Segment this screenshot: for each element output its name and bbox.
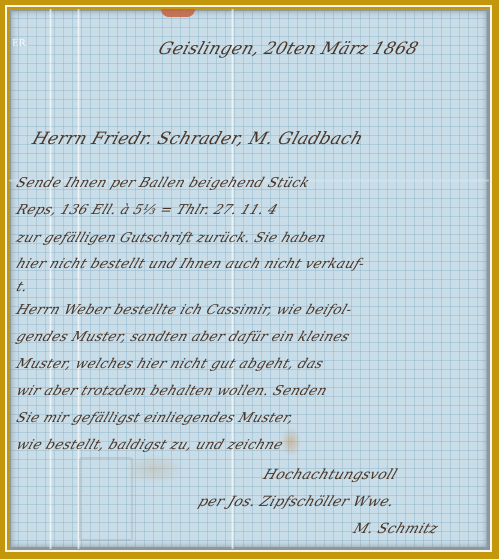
body-line: Sie mir gefälligst einliegendes Muster, xyxy=(14,410,296,426)
addressee: Herrn Friedr. Schrader, M. Gladbach xyxy=(30,129,366,149)
body-line: t. xyxy=(14,279,30,295)
wax-seal-fragment xyxy=(161,9,195,17)
letterhead-fragment: ER. xyxy=(12,39,28,49)
letter-paper: ER. Geislingen, 20ten März 1868 Herrn Fr… xyxy=(9,9,489,549)
paper-stain xyxy=(281,427,301,457)
place-date: Geislingen, 20ten März 1868 xyxy=(156,39,421,59)
picture-frame: ER. Geislingen, 20ten März 1868 Herrn Fr… xyxy=(0,0,499,559)
body-line: zur gefälligen Gutschrift zurück. Sie ha… xyxy=(14,230,328,246)
signature-firm: per Jos. Zipfschöller Wwe. xyxy=(196,494,396,510)
body-line: Reps, 136 Ell. à 5⅓ = Thlr. 27. 11. 4 xyxy=(14,202,280,218)
body-line: Sende Ihnen per Ballen beigehend Stück xyxy=(14,175,312,191)
paper-fold xyxy=(49,9,52,549)
body-line: hier nicht bestellt und Ihnen auch nicht… xyxy=(14,256,367,272)
closing: Hochachtungsvoll xyxy=(261,467,399,483)
body-line: wir aber trotzdem behalten wollen. Sende… xyxy=(14,383,329,399)
paper-stain xyxy=(124,454,184,484)
body-line: gendes Muster, sandten aber dafür ein kl… xyxy=(14,329,352,345)
body-line: Herrn Weber bestellte ich Cassimir, wie … xyxy=(14,302,354,318)
body-line: wie bestellt, baldigst zu, und zeichne xyxy=(14,437,285,453)
paper-fold xyxy=(231,9,234,549)
body-line: Muster, welches hier nicht gut abgeht, d… xyxy=(14,356,326,372)
signature-name: M. Schmitz xyxy=(351,521,440,537)
